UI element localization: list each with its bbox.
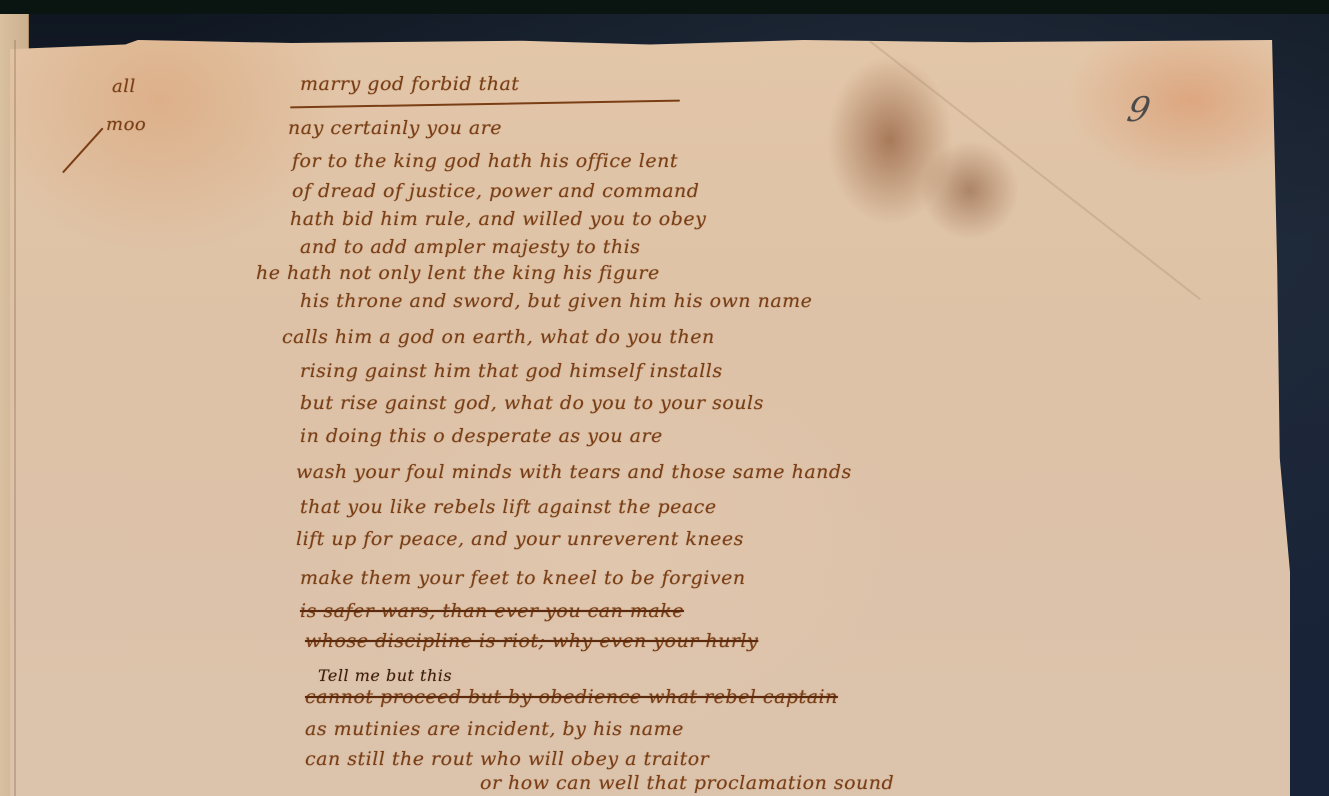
manuscript-line: that you like rebels lift against the pe… — [300, 496, 717, 518]
manuscript-line: in doing this o desperate as you are — [300, 425, 663, 447]
struck-line: cannot proceed but by obedience what reb… — [305, 686, 838, 708]
manuscript-line: calls him a god on earth, what do you th… — [282, 326, 715, 348]
speech-prefix-more: moo — [106, 114, 146, 135]
manuscript-line: can still the rout who will obey a trait… — [305, 748, 709, 770]
manuscript-line: or how can well that proclamation sound — [480, 772, 894, 794]
manuscript-line: wash your foul minds with tears and thos… — [296, 461, 852, 483]
manuscript-line: his throne and sword, but given him his … — [300, 290, 812, 312]
manuscript-line: as mutinies are incident, by his name — [305, 718, 684, 740]
manuscript-line: of dread of justice, power and command — [292, 180, 699, 202]
manuscript-line: for to the king god hath his office lent — [292, 150, 678, 172]
top-edge-strip — [0, 0, 1329, 14]
manuscript-line: rising gainst him that god himself insta… — [300, 360, 723, 382]
page-fold-line — [14, 40, 16, 796]
struck-line: whose discipline is riot; why even your … — [305, 630, 758, 652]
manuscript-line: make them your feet to kneel to be forgi… — [300, 567, 746, 589]
manuscript-line: nay certainly you are — [288, 117, 502, 139]
manuscript-line: marry god forbid that — [300, 73, 519, 95]
manuscript-line: lift up for peace, and your unreverent k… — [296, 528, 744, 550]
manuscript-line: but rise gainst god, what do you to your… — [300, 392, 764, 414]
manuscript-line: he hath not only lent the king his figur… — [256, 262, 660, 284]
speech-prefix-all: all — [112, 76, 136, 97]
struck-line: is safer wars, than ever you can make — [300, 600, 684, 622]
manuscript-line: and to add ampler majesty to this — [300, 236, 640, 258]
manuscript-line: hath bid him rule, and willed you to obe… — [290, 208, 706, 230]
interlinear-insertion: Tell me but this — [318, 666, 452, 685]
